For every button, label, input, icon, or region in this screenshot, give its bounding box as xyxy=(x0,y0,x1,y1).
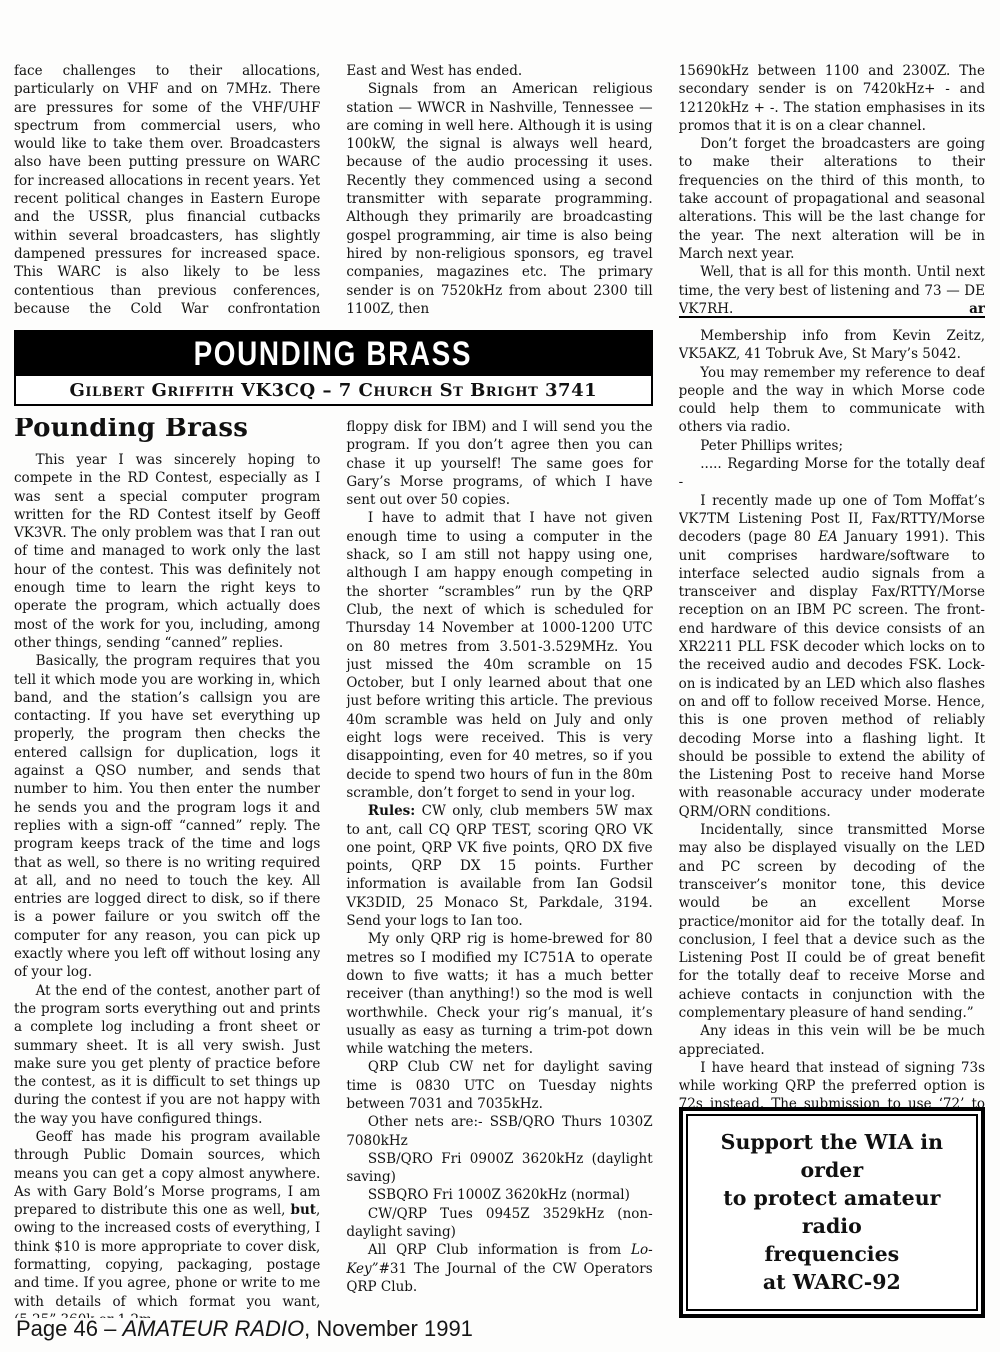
paragraph: Geoff has made his program available thr… xyxy=(14,1128,320,1318)
paragraph: Incidentally, since transmitted Morse ma… xyxy=(679,821,985,1022)
paragraph: You may remember my reference to deaf pe… xyxy=(679,364,985,437)
paragraph: face challenges to their allocations, pa… xyxy=(14,62,320,318)
article-column-3: Membership info from Kevin Zeitz, VK5AKZ… xyxy=(679,316,985,1318)
section-title-bar: POUNDING BRASS xyxy=(16,332,651,376)
paragraph: ..... Regarding Morse for the totally de… xyxy=(679,455,985,492)
paragraph: Signals from an American religious stati… xyxy=(346,80,652,318)
paragraph: All QRP Club information is from Lo-Key”… xyxy=(346,1241,652,1296)
paragraph: This year I was sincerely hoping to comp… xyxy=(14,451,320,652)
rules-paragraph: Rules: CW only, club members 5W max to a… xyxy=(346,802,652,930)
wia-support-box: Support the WIA in order to protect amat… xyxy=(679,1107,985,1318)
byline: Gilbert Griffith VK3CQ – 7 Church St Bri… xyxy=(16,376,651,404)
text-run: CW only, club members 5W max to ant, cal… xyxy=(346,803,652,929)
paragraph: SSBQRO Fri 1000Z 3620kHz (normal) xyxy=(346,1186,652,1204)
italic-text: EA xyxy=(818,529,838,545)
top-article-column-1: face challenges to their allocations, pa… xyxy=(14,62,320,318)
text-run: January 1991). This unit comprises hardw… xyxy=(679,529,985,819)
wia-box-line: to protect amateur radio xyxy=(694,1184,970,1240)
paragraph: Other nets are:- SSB/QRO Thurs 1030Z 708… xyxy=(346,1113,652,1150)
paragraph: SSB/QRO Fri 0900Z 3620kHz (daylight savi… xyxy=(346,1150,652,1187)
text-run: All QRP Club information is from xyxy=(368,1242,631,1258)
text-run: Geoff has made his program available thr… xyxy=(14,1129,320,1218)
footer-magazine-title: AMATEUR RADIO xyxy=(122,1316,304,1341)
paragraph: I have to admit that I have not given en… xyxy=(346,509,652,802)
paragraph: My only QRP rig is home-brewed for 80 me… xyxy=(346,930,652,1058)
paragraph: I have heard that instead of signing 73s… xyxy=(679,1059,985,1107)
top-article-column-3: 15690kHz between 1100 and 2300Z. The sec… xyxy=(679,62,985,318)
paragraph: Any ideas in this vein will be be much a… xyxy=(679,1022,985,1059)
paragraph: Don’t forget the broadcasters are going … xyxy=(679,135,985,263)
paragraph: QRP Club CW net for daylight saving time… xyxy=(346,1058,652,1113)
wia-box-line: at WARC-92 xyxy=(694,1268,970,1296)
paragraph: Basically, the program requires that you… xyxy=(14,652,320,981)
paragraph: I recently made up one of Tom Moffat’s V… xyxy=(679,492,985,821)
paragraph: At the end of the contest, another part … xyxy=(14,982,320,1128)
footer-page-number: Page 46 – xyxy=(16,1316,122,1341)
magazine-page: face challenges to their allocations, pa… xyxy=(0,0,1000,1352)
article-column-1: Pounding Brass This year I was sincerely… xyxy=(14,418,320,1318)
bold-text: but xyxy=(291,1202,317,1218)
article-heading: Pounding Brass xyxy=(14,418,320,443)
top-article-column-2: East and West has ended. Signals from an… xyxy=(346,62,652,318)
wia-support-box-text: Support the WIA in order to protect amat… xyxy=(686,1114,978,1311)
wia-box-line: frequencies xyxy=(694,1240,970,1268)
content-grid: face challenges to their allocations, pa… xyxy=(14,62,985,1318)
paragraph: Peter Phillips writes; xyxy=(679,437,985,455)
paragraph: East and West has ended. xyxy=(346,62,652,80)
wia-box-line: Support the WIA in order xyxy=(694,1128,970,1184)
paragraph: floppy disk for IBM) and I will send you… xyxy=(346,418,652,509)
rules-label: Rules: xyxy=(368,803,415,819)
text-run: , owing to the increased costs of everyt… xyxy=(14,1202,320,1318)
text-run: #31 The Journal of the CW Operators QRP … xyxy=(346,1261,652,1295)
article-column-2: floppy disk for IBM) and I will send you… xyxy=(346,418,652,1318)
footer-issue-date: , November 1991 xyxy=(304,1316,473,1341)
page-footer: Page 46 – AMATEUR RADIO, November 1991 xyxy=(16,1316,473,1342)
section-title: POUNDING BRASS xyxy=(194,335,473,374)
pounding-brass-banner: POUNDING BRASS Gilbert Griffith VK3CQ – … xyxy=(14,330,653,406)
paragraph: 15690kHz between 1100 and 2300Z. The sec… xyxy=(679,62,985,135)
paragraph: CW/QRP Tues 0945Z 3529kHz (non-daylight … xyxy=(346,1205,652,1242)
paragraph: Membership info from Kevin Zeitz, VK5AKZ… xyxy=(679,327,985,364)
article-column-3-text: Membership info from Kevin Zeitz, VK5AKZ… xyxy=(679,327,985,1107)
